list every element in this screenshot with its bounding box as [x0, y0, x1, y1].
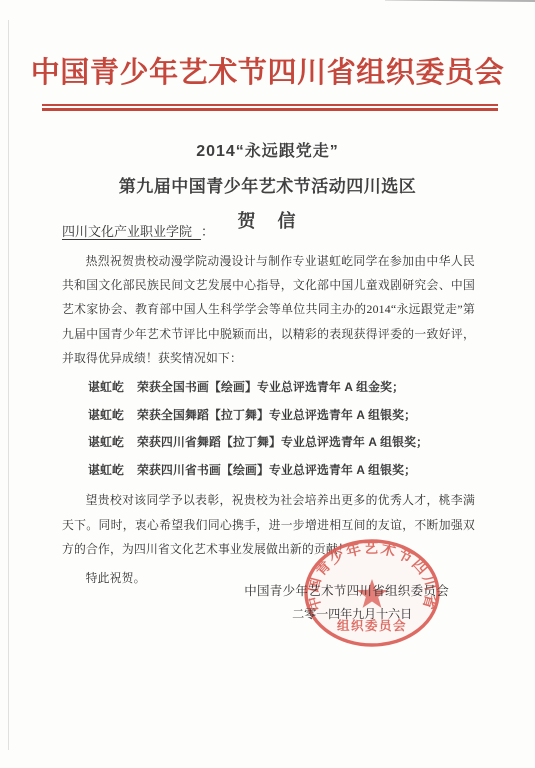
award-text: 荣获四川省书画【绘画】专业总评选青年 A 组银奖； [137, 463, 416, 477]
scan-edge-artifact-top [385, 0, 535, 2]
divider-line-thin [42, 104, 498, 106]
award-recipient: 谌虹屹 [88, 408, 124, 422]
award-text: 荣获四川省舞蹈【拉丁舞】专业总评选青年 A 组银奖； [137, 435, 428, 449]
letter-body: 四川文化产业职业学院： 热烈祝贺贵校动漫学院动漫设计与制作专业谌虹屹同学在参加由… [62, 221, 475, 590]
signature-org: 中国青少年艺术节四川省组织委员会 [244, 581, 449, 599]
award-item: 谌虹屹荣获四川省舞蹈【拉丁舞】专业总评选青年 A 组银奖； [88, 429, 475, 457]
award-item: 谌虹屹荣获四川省书画【绘画】专业总评选青年 A 组银奖； [88, 457, 475, 485]
award-recipient: 谌虹屹 [88, 380, 124, 394]
award-text: 荣获全国舞蹈【拉丁舞】专业总评选青年 A 组银奖； [137, 408, 416, 422]
award-recipient: 谌虹屹 [88, 435, 124, 449]
award-list: 谌虹屹荣获全国书画【绘画】专业总评选青年 A 组金奖； 谌虹屹荣获全国舞蹈【拉丁… [88, 374, 475, 484]
title-block: 2014“永远跟党走” 第九届中国青少年艺术节活动四川选区 贺 信 [0, 138, 535, 233]
letterhead-org-name: 中国青少年艺术节四川省组织委员会 [0, 50, 535, 91]
award-item: 谌虹屹荣获全国书画【绘画】专业总评选青年 A 组金奖； [88, 374, 475, 402]
salutation: 四川文化产业职业学院： [62, 221, 475, 240]
award-item: 谌虹屹荣获全国舞蹈【拉丁舞】专业总评选青年 A 组银奖； [88, 402, 475, 430]
title-year-slogan: 2014“永远跟党走” [0, 138, 535, 161]
letterhead-divider [42, 104, 498, 111]
divider-line-thick [42, 108, 498, 111]
title-event-name: 第九届中国青少年艺术节活动四川选区 [0, 172, 535, 197]
letter-page: 中国青少年艺术节四川省组织委员会 2014“永远跟党走” 第九届中国青少年艺术节… [0, 0, 535, 768]
recipient-name: 四川文化产业职业学院 [62, 224, 201, 240]
signature-date: 二零一四年九月十六日 [292, 605, 412, 622]
award-recipient: 谌虹屹 [88, 463, 124, 477]
award-text: 荣获全国书画【绘画】专业总评选青年 A 组金奖； [137, 380, 404, 394]
salutation-colon: ： [201, 224, 214, 239]
paragraph-intro: 热烈祝贺贵校动漫学院动漫设计与制作专业谌虹屹同学在参加由中华人民共和国文化部民族… [62, 249, 475, 370]
scan-edge-artifact-left [8, 20, 9, 750]
